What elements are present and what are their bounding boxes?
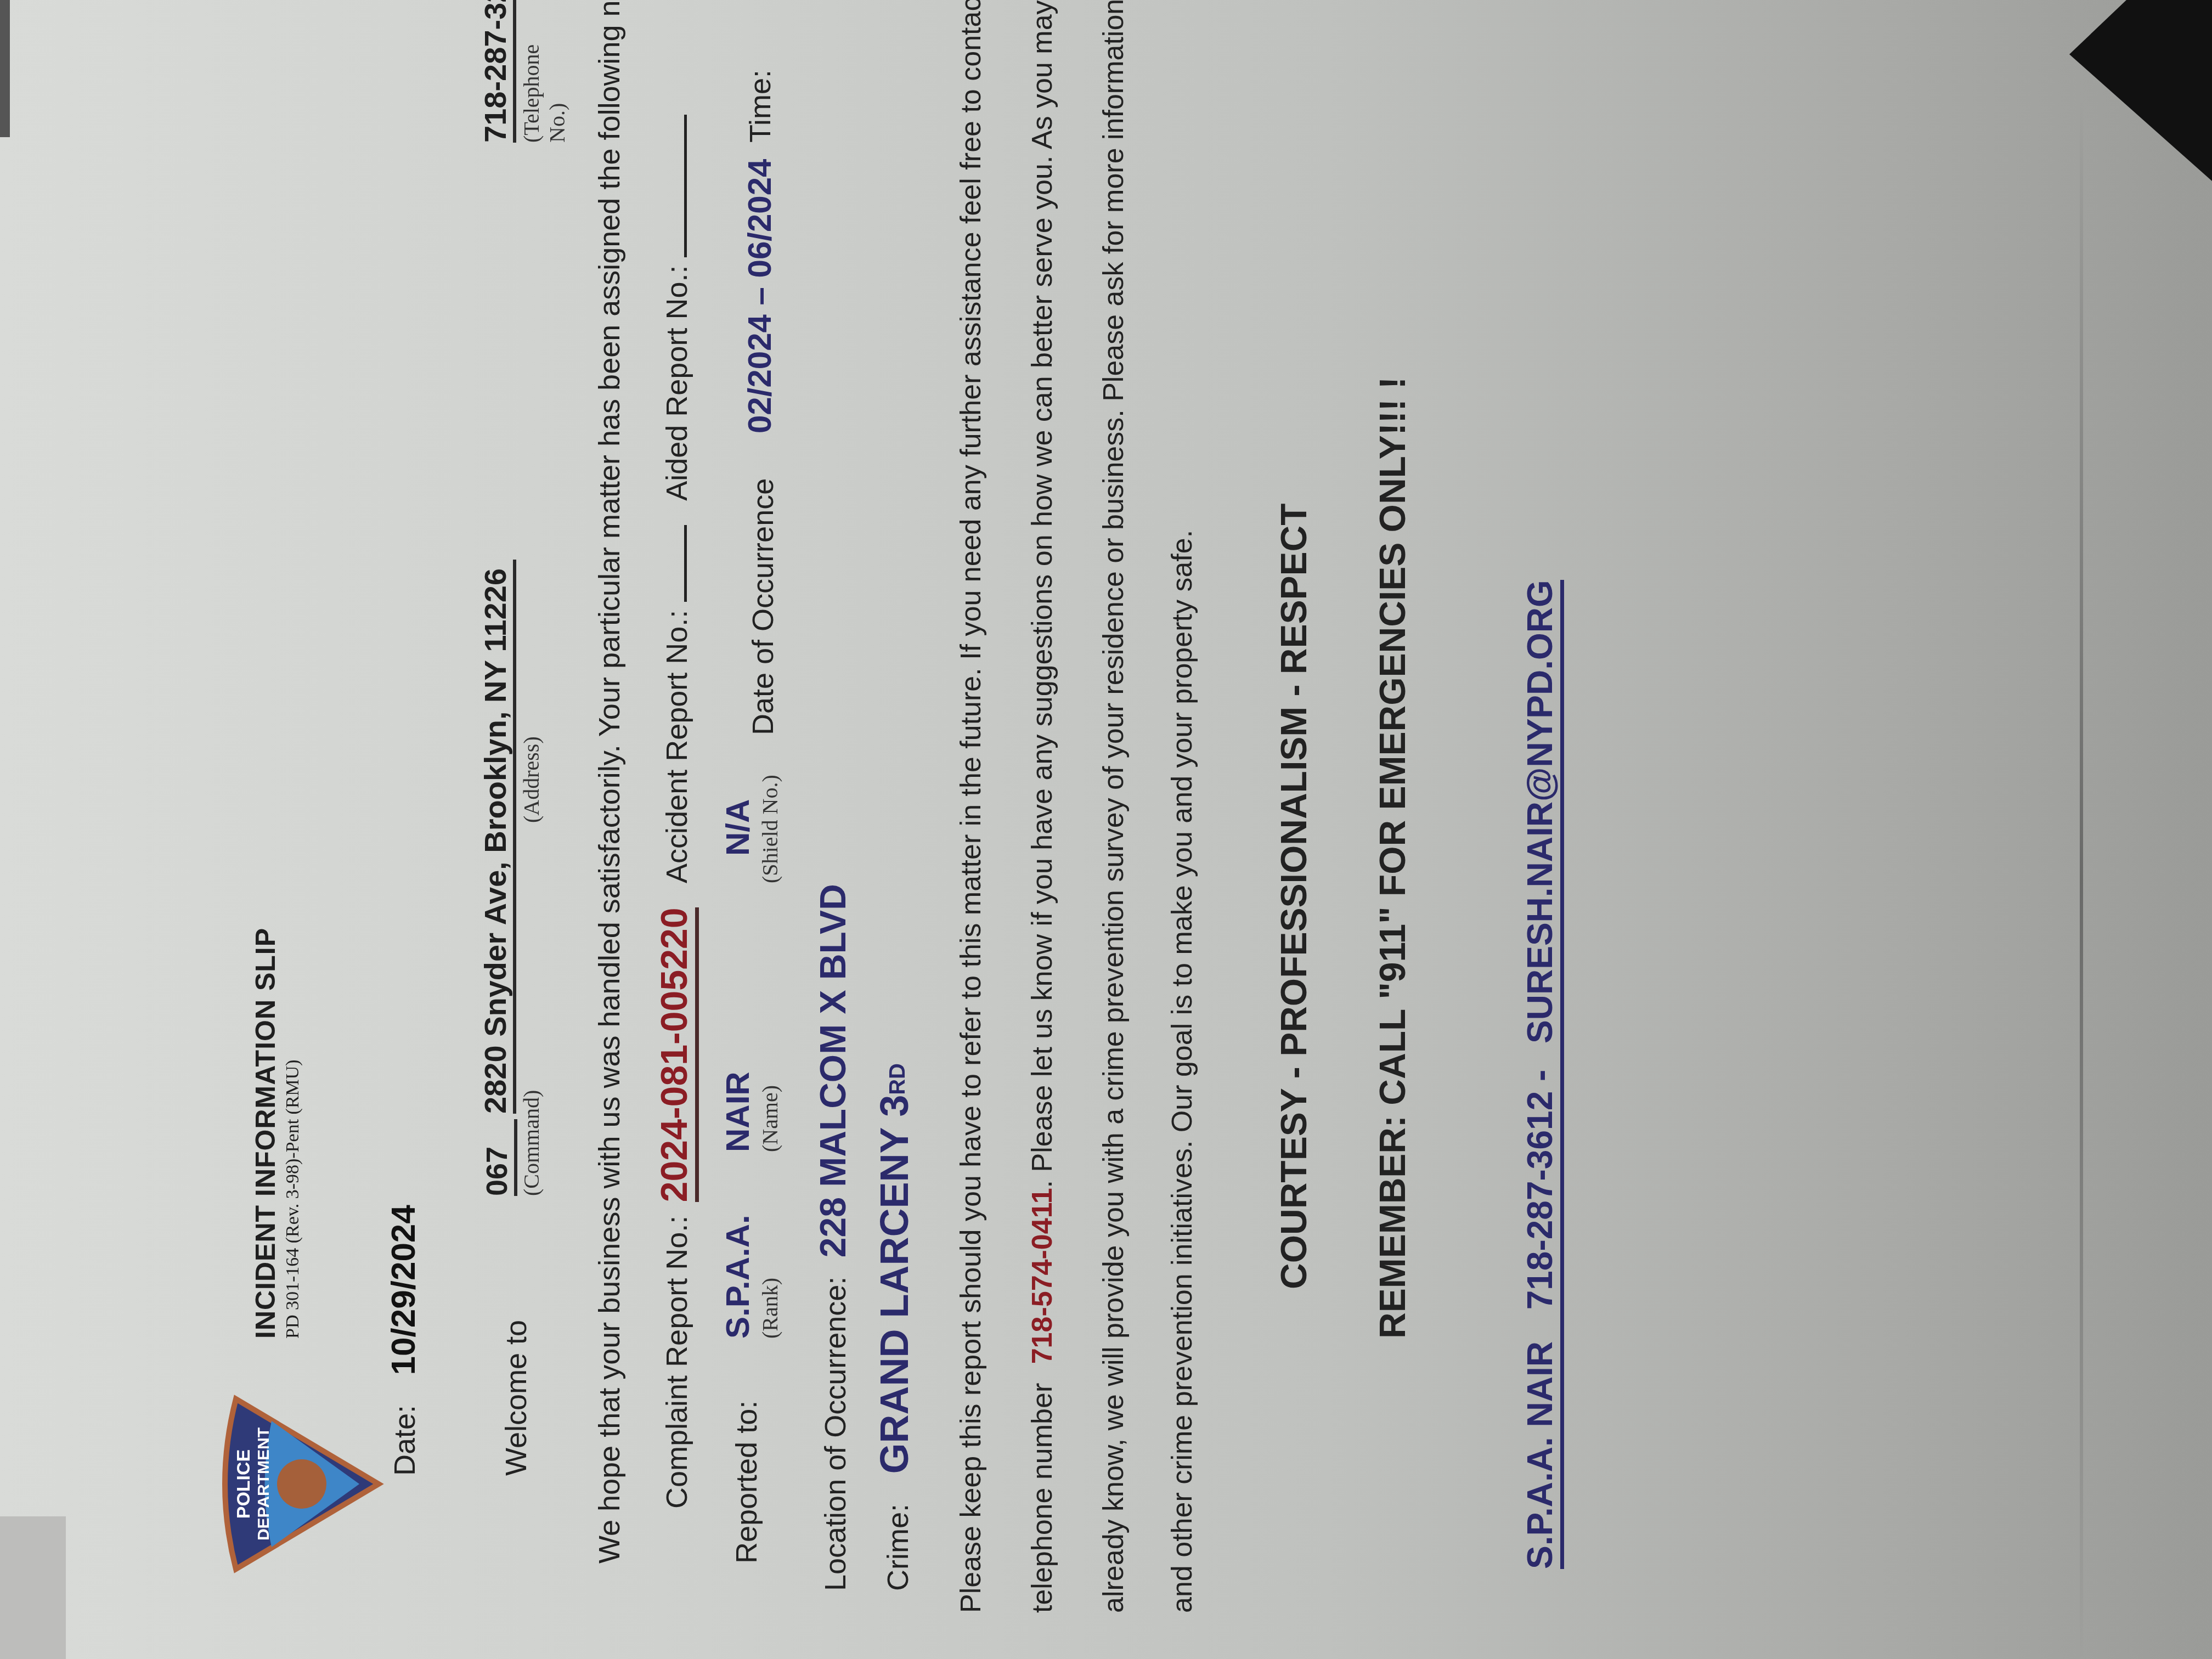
emergency-reminder: REMEMBER: CALL "911" FOR EMERGENCIES ONL… — [1372, 377, 1413, 1339]
body-line-3: already know, we will provide you with a… — [1097, 0, 1130, 1613]
body-line-2-prefix: telephone number — [1026, 1383, 1058, 1613]
crime-value: GRAND LARCENY 3 — [873, 1095, 917, 1474]
aided-label: Aided Report No.: — [661, 266, 693, 501]
shield-value: N/A — [719, 799, 757, 856]
motto: COURTESY - PROFESSIONALISM - RESPECT — [1273, 503, 1314, 1289]
address-value: 2820 Snyder Ave, Brooklyn, NY 11226 — [477, 560, 516, 1114]
time-label: Time: — [743, 70, 777, 143]
form-title: INCIDENT INFORMATION SLIP — [250, 928, 281, 1339]
command-caption: (Command) — [518, 1090, 544, 1196]
date-label: Date: — [388, 1405, 421, 1476]
command-value: 067 — [480, 1119, 517, 1196]
paper-fold-crease — [2080, 99, 2083, 1659]
nypd-badge-icon: POLICE DEPARTMENT — [219, 1393, 384, 1575]
date-of-occurrence-value: 02/2024 – 06/2024 — [741, 159, 778, 433]
telephone-value: 718-287-3211 — [477, 0, 516, 143]
date-value: 10/29/2024 — [385, 1205, 422, 1375]
crime-superscript: RD — [885, 1063, 910, 1095]
contact-phone: 718-574-0411 — [1026, 1188, 1058, 1364]
crime-label: Crime: — [882, 1504, 915, 1591]
name-caption: (Name) — [757, 1085, 783, 1152]
svg-text:DEPARTMENT: DEPARTMENT — [255, 1427, 273, 1541]
intro-text: We hope that your business with us was h… — [592, 0, 627, 1564]
complaint-value: 2024-081-005220 — [653, 907, 699, 1202]
name-value: NAIR — [719, 1071, 757, 1152]
rank-value: S.P.A.A. — [719, 1215, 757, 1339]
welcome-label: Welcome to — [500, 1320, 533, 1476]
paper-underlay — [0, 1516, 66, 1659]
complaint-label: Complaint Report No.: — [661, 1216, 693, 1509]
body-line-4: and other crime prevention initiatives. … — [1166, 530, 1199, 1613]
body-line-1: Please keep this report should you have … — [955, 0, 988, 1613]
form-number: PD 301-164 (Rev. 3-98)-Pent (RMU) — [283, 1059, 303, 1339]
officer-name: S.P.A.A. NAIR — [1520, 1341, 1560, 1569]
shield-caption: (Shield No.) — [757, 775, 783, 883]
officer-email[interactable]: SURESH.NAIR@NYPD.ORG — [1520, 580, 1560, 1043]
officer-phone: 718-287-3612 - — [1520, 1070, 1560, 1310]
aided-value — [684, 115, 687, 257]
svg-text:POLICE: POLICE — [233, 1449, 254, 1519]
telephone-caption: (Telephone No.) — [518, 0, 570, 143]
location-value: 228 MALCOM X BLVD — [812, 884, 853, 1257]
location-label: Location of Occurrence: — [819, 1277, 852, 1591]
reported-to-label: Reported to: — [730, 1401, 764, 1564]
date-of-occurrence-label: Date of Occurrence — [746, 478, 780, 735]
rank-caption: (Rank) — [757, 1278, 783, 1339]
incident-information-slip: POLICE DEPARTMENT INCIDENT INFORMATION S… — [219, 0, 1646, 1646]
background-edge — [0, 0, 10, 137]
table-corner-shadow — [2069, 0, 2212, 181]
accident-label: Accident Report No.: — [661, 610, 693, 883]
accident-value — [684, 525, 687, 602]
body-line-2-suffix: . Please let us know if you have any sug… — [1026, 0, 1058, 1188]
address-caption: (Address) — [518, 736, 544, 823]
officer-contact-line: S.P.A.A. NAIR 718-287-3612 - SURESH.NAIR… — [1520, 580, 1564, 1569]
